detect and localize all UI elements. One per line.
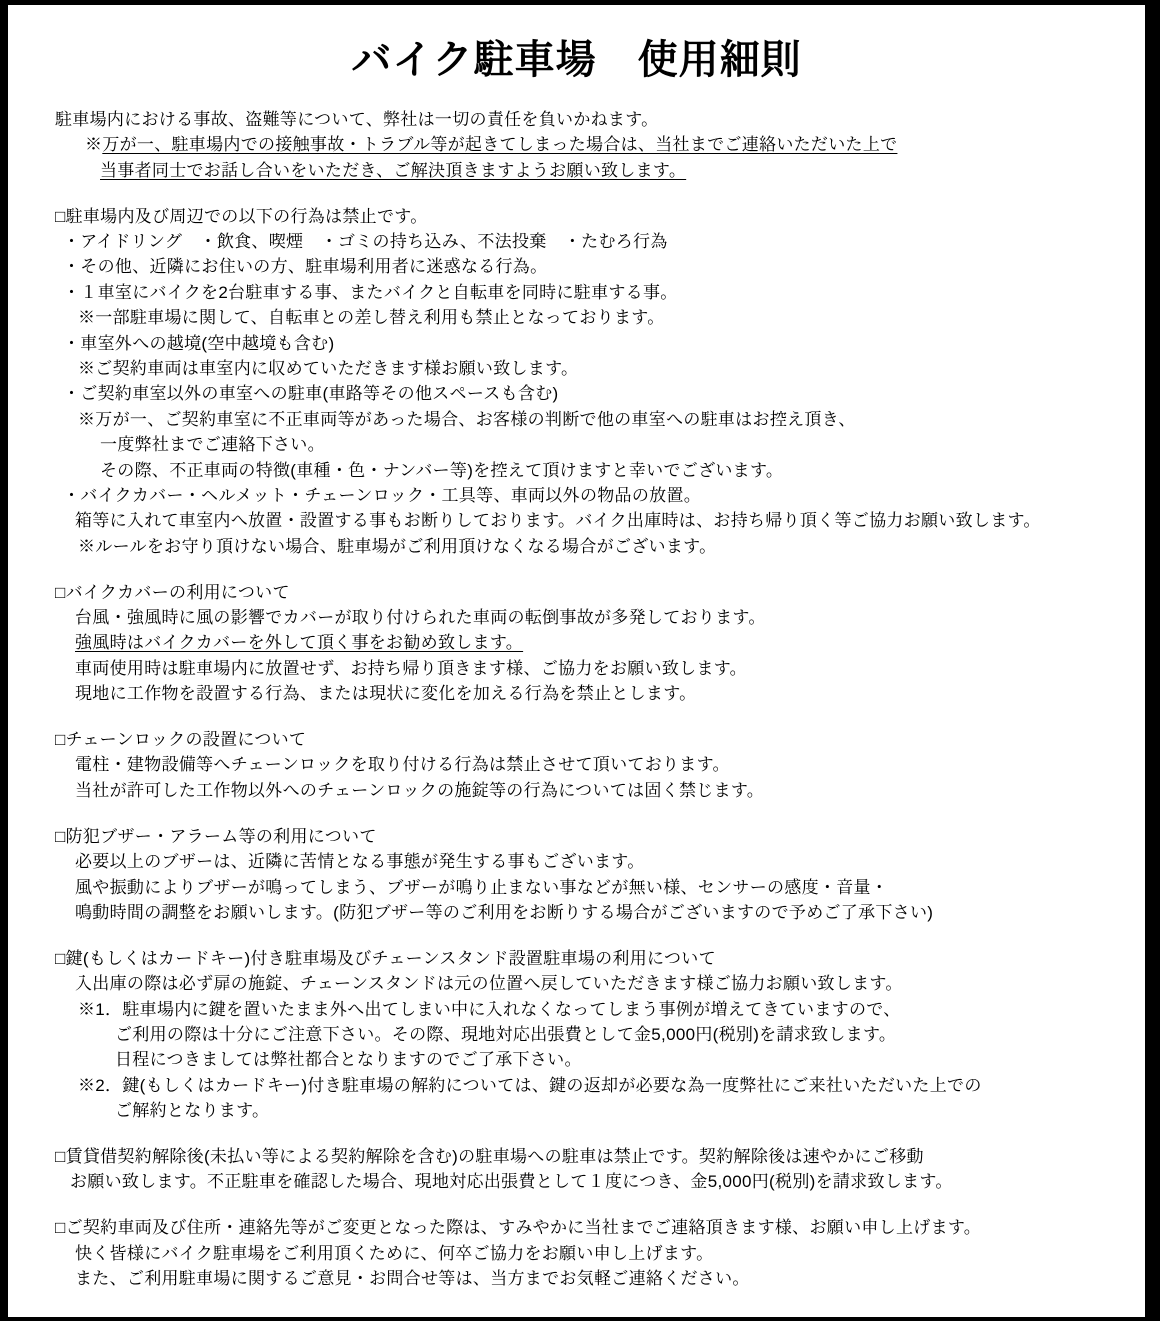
line-text: ・その他、近隣にお住いの方、駐車場利用者に迷惑なる行為。 [63,257,547,276]
text-line: □ご契約車両及び住所・連絡先等がご変更となった際は、すみやかに当社までご連絡頂き… [8,1215,1145,1240]
text-line: ・その他、近隣にお住いの方、駐車場利用者に迷惑なる行為。 [8,254,1145,279]
line-text: ※ご契約車両は車室内に収めていただきます様お願い致します。 [78,359,578,378]
line-text: □バイクカバーの利用について [55,583,290,602]
line-text: お願い致します。不正駐車を確認した場合、現地対応出張費として１度につき、金5,0… [70,1172,953,1191]
line-text: 快く皆様にバイク駐車場をご利用頂くために、何卒ご協力をお願い申し上げます。 [75,1244,713,1263]
line-text: 万が一、駐車場内での接触事故・トラブル等が起きてしまった場合は、当社までご連絡い… [102,135,897,154]
line-text: 箱等に入れて車室内へ放置・設置する事もお断りしております。バイク出庫時は、お持ち… [75,511,1041,530]
text-block-contact-info-change: □ご契約車両及び住所・連絡先等がご変更となった際は、すみやかに当社までご連絡頂き… [8,1215,1145,1291]
text-line: ※ご契約車両は車室内に収めていただきます様お願い致します。 [8,356,1145,381]
line-text: 日程につきましては弊社都合となりますのでご了承下さい。 [115,1050,582,1069]
text-line: 台風・強風時に風の影響でカバーが取り付けられた車両の転倒事故が多発しております。 [8,605,1145,630]
document-page: バイク駐車場 使用細則 駐車場内における事故、盗難等について、弊社は一切の責任を… [8,5,1145,1317]
text-block-after-contract-cancellation: □賃貸借契約解除後(未払い等による契約解除を含む)の駐車場への駐車は禁止です。契… [8,1144,1145,1195]
line-text: ※2．鍵(もしくはカードキー)付き駐車場の解約については、鍵の返却が必要な為一度… [78,1076,982,1095]
line-text: ※1．駐車場内に鍵を置いたまま外へ出てしまい中に入れなくなってしまう事例が増えて… [78,1000,901,1019]
text-line: 必要以上のブザーは、近隣に苦情となる事態が発生する事もございます。 [8,849,1145,874]
text-block-liability-notice: 駐車場内における事故、盗難等について、弊社は一切の責任を負いかねます。※万が一、… [8,107,1145,183]
line-text: □防犯ブザー・アラーム等の利用について [55,827,377,846]
text-line: ご利用の際は十分にご注意下さい。その際、現地対応出張費として金5,000円(税別… [8,1022,1145,1047]
text-line: ・１車室にバイクを2台駐車する事、またバイクと自転車を同時に駐車する事。 [8,280,1145,305]
text-line: ※ルールをお守り頂けない場合、駐車場がご利用頂けなくなる場合がございます。 [8,534,1145,559]
line-text: ・ご契約車室以外の車室への駐車(車路等その他スペースも含む) [63,384,558,403]
document-title: バイク駐車場 使用細則 [8,36,1145,84]
text-line: ※2．鍵(もしくはカードキー)付き駐車場の解約については、鍵の返却が必要な為一度… [8,1073,1145,1098]
text-line: □鍵(もしくはカードキー)付き駐車場及びチェーンスタンド設置駐車場の利用について [8,946,1145,971]
text-line: 強風時はバイクカバーを外して頂く事をお勧め致します。 [8,630,1145,655]
line-text: □賃貸借契約解除後(未払い等による契約解除を含む)の駐車場への駐車は禁止です。契… [55,1147,924,1166]
text-line: □駐車場内及び周辺での以下の行為は禁止です。 [8,204,1145,229]
text-line: 快く皆様にバイク駐車場をご利用頂くために、何卒ご協力をお願い申し上げます。 [8,1241,1145,1266]
text-line: ※1．駐車場内に鍵を置いたまま外へ出てしまい中に入れなくなってしまう事例が増えて… [8,997,1145,1022]
text-line: ・車室外への越境(空中越境も含む) [8,331,1145,356]
text-line: その際、不正車両の特徴(車種・色・ナンバー等)を控えて頂けますと幸いでございます… [8,458,1145,483]
line-text: □ご契約車両及び住所・連絡先等がご変更となった際は、すみやかに当社までご連絡頂き… [55,1218,981,1237]
text-line: ・バイクカバー・ヘルメット・チェーンロック・工具等、車両以外の物品の放置。 [8,483,1145,508]
text-block-key-card-parking: □鍵(もしくはカードキー)付き駐車場及びチェーンスタンド設置駐車場の利用について… [8,946,1145,1124]
line-text: また、ご利用駐車場に関するご意見・お問合せ等は、当方までお気軽ご連絡ください。 [75,1269,750,1288]
text-line: お願い致します。不正駐車を確認した場合、現地対応出張費として１度につき、金5,0… [8,1169,1145,1194]
text-line: 当社が許可した工作物以外へのチェーンロックの施錠等の行為については固く禁じます。 [8,778,1145,803]
text-line: □賃貸借契約解除後(未払い等による契約解除を含む)の駐車場への駐車は禁止です。契… [8,1144,1145,1169]
text-line: 入出庫の際は必ず扉の施錠、チェーンスタンドは元の位置へ戻していただきます様ご協力… [8,971,1145,996]
line-text: 強風時はバイクカバーを外して頂く事をお勧め致します。 [75,633,523,652]
line-text: 風や振動によりブザーが鳴ってしまう、ブザーが鳴り止まない事などが無い様、センサー… [75,878,888,897]
text-line: 電柱・建物設備等へチェーンロックを取り付ける行為は禁止させて頂いております。 [8,752,1145,777]
line-text: ※ルールをお守り頂けない場合、駐車場がご利用頂けなくなる場合がございます。 [78,537,716,556]
text-block-security-buzzer-alarm: □防犯ブザー・アラーム等の利用について必要以上のブザーは、近隣に苦情となる事態が… [8,824,1145,926]
line-text: 電柱・建物設備等へチェーンロックを取り付ける行為は禁止させて頂いております。 [75,755,730,774]
text-line: 風や振動によりブザーが鳴ってしまう、ブザーが鳴り止まない事などが無い様、センサー… [8,875,1145,900]
line-text: 車両使用時は駐車場内に放置せず、お持ち帰り頂きます様、ご協力をお願い致します。 [75,659,747,678]
text-line: ※万が一、ご契約車室に不正車両等があった場合、お客様の判断で他の車室への駐車はお… [8,407,1145,432]
text-line: 駐車場内における事故、盗難等について、弊社は一切の責任を負いかねます。 [8,107,1145,132]
line-text: 駐車場内における事故、盗難等について、弊社は一切の責任を負いかねます。 [55,110,658,129]
line-text: ※一部駐車場に関して、自転車との差し替え利用も禁止となっております。 [78,308,665,327]
text-line: 日程につきましては弊社都合となりますのでご了承下さい。 [8,1047,1145,1072]
line-prefix: ※ [85,135,102,154]
text-line: □チェーンロックの設置について [8,727,1145,752]
line-text: 現地に工作物を設置する行為、または現状に変化を加える行為を禁止とします。 [75,684,696,703]
text-block-bike-cover-usage: □バイクカバーの利用について台風・強風時に風の影響でカバーが取り付けられた車両の… [8,580,1145,707]
line-text: 台風・強風時に風の影響でカバーが取り付けられた車両の転倒事故が多発しております。 [75,608,766,627]
text-line: ・ご契約車室以外の車室への駐車(車路等その他スペースも含む) [8,381,1145,406]
line-text: 当社が許可した工作物以外へのチェーンロックの施錠等の行為については固く禁じます。 [75,781,764,800]
line-text: 入出庫の際は必ず扉の施錠、チェーンスタンドは元の位置へ戻していただきます様ご協力… [75,974,903,993]
text-line: ご解約となります。 [8,1098,1145,1123]
text-line: 当事者同士でお話し合いをいただき、ご解決頂きますようお願い致します。 [8,158,1145,183]
line-text: □鍵(もしくはカードキー)付き駐車場及びチェーンスタンド設置駐車場の利用について [55,949,716,968]
line-text: □駐車場内及び周辺での以下の行為は禁止です。 [55,207,428,226]
text-line: □防犯ブザー・アラーム等の利用について [8,824,1145,849]
line-text: ・車室外への越境(空中越境も含む) [63,334,334,353]
line-text: □チェーンロックの設置について [55,730,306,749]
line-text: ご利用の際は十分にご注意下さい。その際、現地対応出張費として金5,000円(税別… [115,1025,896,1044]
text-line: また、ご利用駐車場に関するご意見・お問合せ等は、当方までお気軽ご連絡ください。 [8,1266,1145,1291]
text-line: 箱等に入れて車室内へ放置・設置する事もお断りしております。バイク出庫時は、お持ち… [8,508,1145,533]
text-line: 車両使用時は駐車場内に放置せず、お持ち帰り頂きます様、ご協力をお願い致します。 [8,656,1145,681]
line-text: その際、不正車両の特徴(車種・色・ナンバー等)を控えて頂けますと幸いでございます… [100,461,783,480]
text-line: ※一部駐車場に関して、自転車との差し替え利用も禁止となっております。 [8,305,1145,330]
text-line: ※万が一、駐車場内での接触事故・トラブル等が起きてしまった場合は、当社までご連絡… [8,132,1145,157]
text-line: 鳴動時間の調整をお願いします。(防犯ブザー等のご利用をお断りする場合がございます… [8,900,1145,925]
text-block-prohibited-acts: □駐車場内及び周辺での以下の行為は禁止です。・アイドリング ・飲食、喫煙 ・ゴミ… [8,204,1145,559]
line-text: 当事者同士でお話し合いをいただき、ご解決頂きますようお願い致します。 [100,161,686,180]
document-body: 駐車場内における事故、盗難等について、弊社は一切の責任を負いかねます。※万が一、… [8,107,1145,1292]
line-text: 鳴動時間の調整をお願いします。(防犯ブザー等のご利用をお断りする場合がございます… [75,903,933,922]
line-text: 一度弊社までご連絡下さい。 [100,435,325,454]
line-text: ご解約となります。 [115,1101,269,1120]
text-line: □バイクカバーの利用について [8,580,1145,605]
text-line: 一度弊社までご連絡下さい。 [8,432,1145,457]
text-block-chain-lock-installation: □チェーンロックの設置について電柱・建物設備等へチェーンロックを取り付ける行為は… [8,727,1145,803]
line-text: 必要以上のブザーは、近隣に苦情となる事態が発生する事もございます。 [75,852,645,871]
line-text: ・バイクカバー・ヘルメット・チェーンロック・工具等、車両以外の物品の放置。 [63,486,701,505]
text-line: ・アイドリング ・飲食、喫煙 ・ゴミの持ち込み、不法投棄 ・たむろ行為 [8,229,1145,254]
line-text: ・アイドリング ・飲食、喫煙 ・ゴミの持ち込み、不法投棄 ・たむろ行為 [63,232,668,251]
line-text: ・１車室にバイクを2台駐車する事、またバイクと自転車を同時に駐車する事。 [63,283,678,302]
text-line: 現地に工作物を設置する行為、または現状に変化を加える行為を禁止とします。 [8,681,1145,706]
line-text: ※万が一、ご契約車室に不正車両等があった場合、お客様の判断で他の車室への駐車はお… [78,410,856,429]
